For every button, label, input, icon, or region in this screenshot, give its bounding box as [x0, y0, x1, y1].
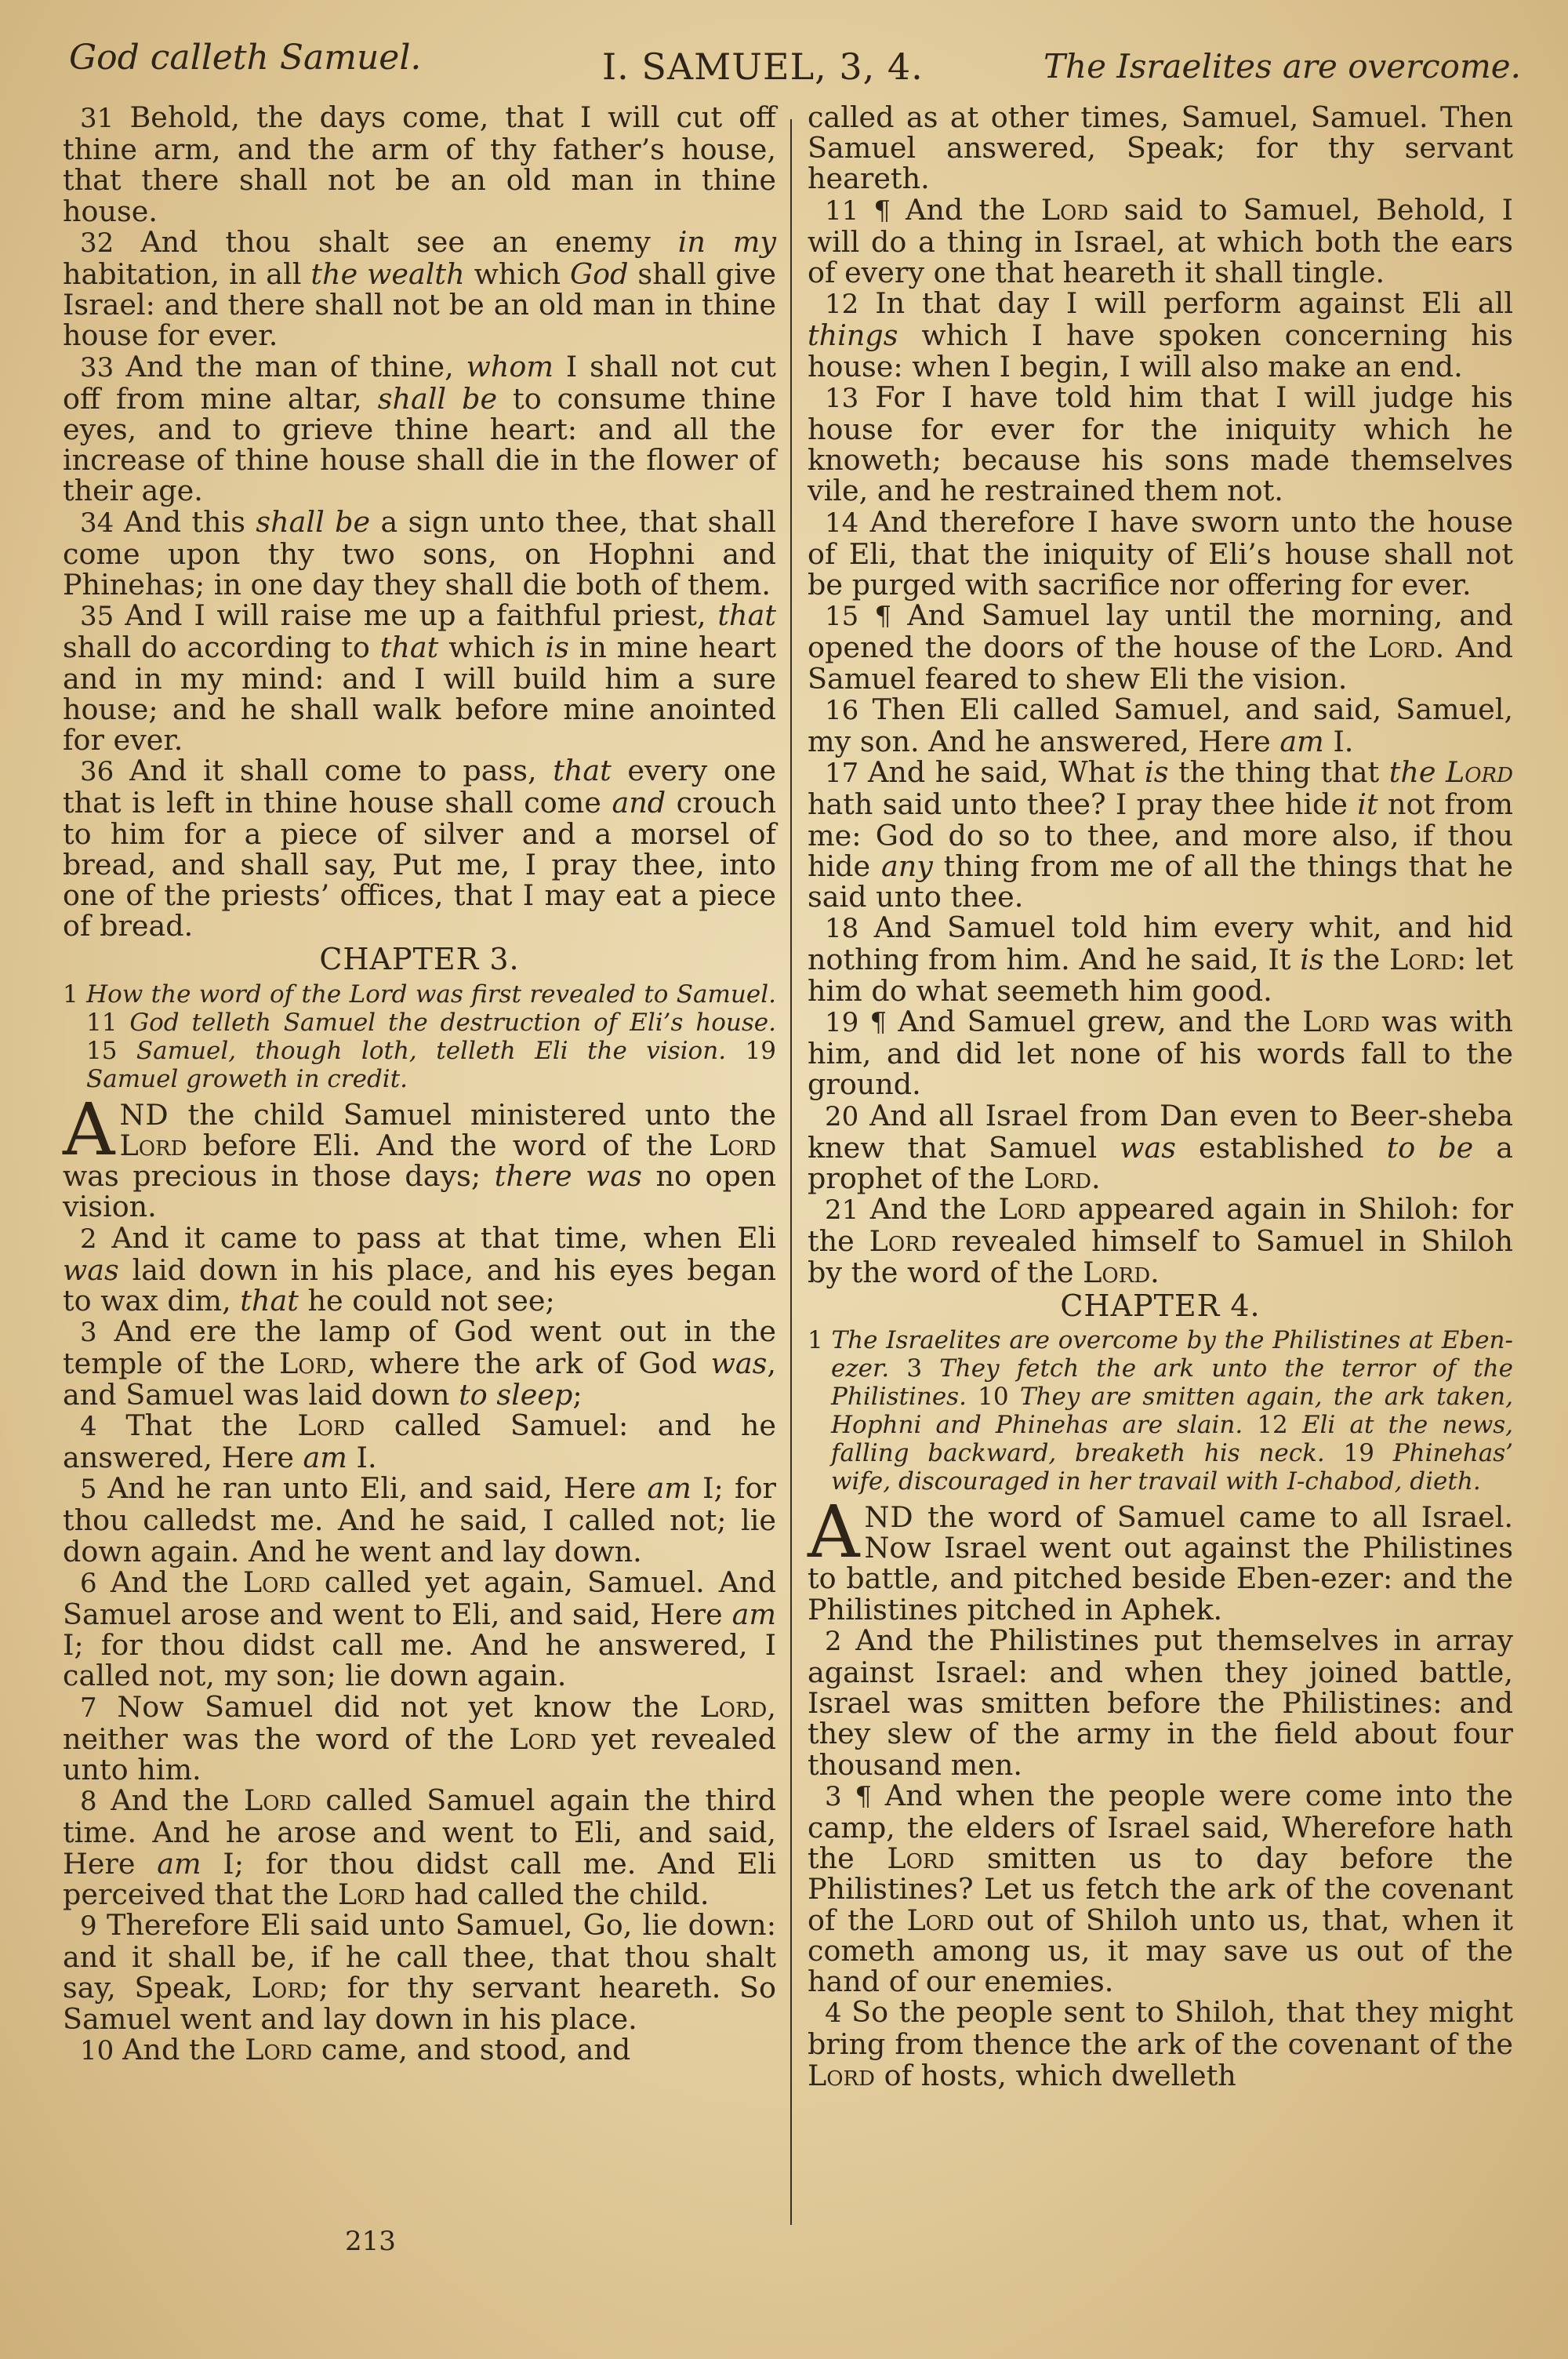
verse-number: 14 [825, 507, 870, 539]
verse-number: 19 ¶ [825, 1007, 898, 1038]
bible-page: God calleth Samuel. I. SAMUEL, 3, 4. The… [0, 0, 1568, 2359]
chapter-4-heading: CHAPTER 4. [808, 1291, 1513, 1321]
verse: 34 And this shall be a sign unto thee, t… [63, 507, 776, 601]
verse-number: 32 [80, 227, 140, 259]
verse: 16 Then Eli called Samuel, and said, Sam… [808, 694, 1513, 757]
verse: 31 Behold, the days come, that I will cu… [63, 102, 776, 227]
right-column: called as at other times, Samuel, Samuel… [808, 102, 1513, 2091]
verse: 4 That the Lord called Samuel: and he an… [63, 1410, 776, 1473]
verse: 12 In that day I will perform against El… [808, 288, 1513, 382]
verse: 2 And the Philistines put themselves in … [808, 1625, 1513, 1780]
verse-number: 33 [80, 352, 125, 383]
verse-number: 4 [80, 1411, 125, 1442]
verse: 7 Now Samuel did not yet know the Lord, … [63, 1692, 776, 1786]
verse-number: 15 ¶ [825, 601, 907, 632]
verse-number: 20 [825, 1101, 869, 1132]
chapter-3-summary: 1 How the word of the Lord was first rev… [63, 980, 776, 1093]
verse-continuation: called as at other times, Samuel, Samuel… [808, 102, 1513, 194]
verse: 3 And ere the lamp of God went out in th… [63, 1316, 776, 1410]
header-left-topic: God calleth Samuel. [69, 38, 421, 78]
verse-number: 4 [825, 1997, 851, 2029]
header-right-topic: The Israelites are overcome. [1044, 47, 1521, 85]
chapter-3-verses-continued: 11 ¶ And the Lord said to Samuel, Behold… [808, 194, 1513, 1288]
verse: 36 And it shall come to pass, that every… [63, 755, 776, 941]
verse: 33 And the man of thine, whom I shall no… [63, 351, 776, 507]
verse: 17 And he said, What is the thing that t… [808, 757, 1513, 912]
chapter-4-summary: 1 The Israelites are overcome by the Phi… [808, 1326, 1513, 1496]
verse: 8 And the Lord called Samuel again the t… [63, 1785, 776, 1910]
chapter-3-heading: CHAPTER 3. [63, 944, 776, 975]
verse-number: 21 [825, 1194, 870, 1226]
left-column: 31 Behold, the days come, that I will cu… [63, 102, 776, 2066]
verse-number: 35 [80, 601, 125, 632]
verse-number: 11 ¶ [825, 195, 906, 227]
verse: 14 And therefore I have sworn unto the h… [808, 507, 1513, 601]
column-divider [790, 119, 792, 2225]
verse: 4 So the people sent to Shiloh, that the… [808, 1997, 1513, 2091]
summary-item: Samuel groweth in credit. [86, 1065, 408, 1093]
verse-number: 5 [80, 1474, 107, 1505]
chapter-4-verses: 2 And the Philistines put themselves in … [808, 1625, 1513, 2091]
page-number: 213 [345, 2226, 396, 2257]
verse-number: 13 [825, 383, 875, 414]
verse: 20 And all Israel from Dan even to Beer-… [808, 1100, 1513, 1194]
verse-number: 17 [825, 758, 868, 789]
verse: 35 And I will raise me up a faithful pri… [63, 600, 776, 755]
verse: 15 ¶ And Samuel lay until the morning, a… [808, 600, 1513, 694]
drop-cap: A [808, 1503, 859, 1561]
verse: 13 For I have told him that I will judge… [808, 382, 1513, 507]
chapter-4-opening-verse: AND the word of Samuel came to all Israe… [808, 1502, 1513, 1625]
verse-number: 2 [825, 1626, 855, 1657]
running-header: God calleth Samuel. I. SAMUEL, 3, 4. The… [69, 31, 1521, 86]
verse: 11 ¶ And the Lord said to Samuel, Behold… [808, 194, 1513, 289]
verse-number: 3 [80, 1317, 114, 1348]
verse-number: 8 [80, 1786, 111, 1817]
verse-number: 7 [80, 1692, 117, 1724]
verse-number: 10 [80, 2035, 122, 2066]
verse: 32 And thou shalt see an enemy in my hab… [63, 227, 776, 351]
summary-item: Samuel, though loth, telleth Eli the vis… [136, 1037, 726, 1065]
verse-number: 9 [80, 1910, 107, 1942]
verse-number: 3 ¶ [825, 1781, 885, 1812]
verse: 21 And the Lord appeared again in Shiloh… [808, 1194, 1513, 1288]
verse: 18 And Samuel told him every whit, and h… [808, 912, 1513, 1006]
summary-item: God telleth Samuel the destruction of El… [129, 1009, 776, 1037]
verse: 2 And it came to pass at that time, when… [63, 1223, 776, 1317]
verse: 9 Therefore Eli said unto Samuel, Go, li… [63, 1910, 776, 2034]
verse-number: 2 [80, 1223, 111, 1255]
verse-number: 36 [80, 756, 129, 787]
verse: 19 ¶ And Samuel grew, and the Lord was w… [808, 1006, 1513, 1100]
verse: 10 And the Lord came, and stood, and [63, 2034, 776, 2066]
verse-number: 18 [825, 913, 874, 944]
summary-item: How the word of the Lord was first revea… [86, 980, 776, 1009]
chapter-3-verses: 2 And it came to pass at that time, when… [63, 1223, 776, 2066]
verse: 6 And the Lord called yet again, Samuel.… [63, 1567, 776, 1692]
verse-number: 16 [825, 695, 873, 726]
chapter-3-opening-verse: AND the child Samuel ministered unto the… [63, 1100, 776, 1223]
verse: 3 ¶ And when the people were come into t… [808, 1780, 1513, 1997]
chapter-2-verses: 31 Behold, the days come, that I will cu… [63, 102, 776, 941]
verse-number: 12 [825, 289, 875, 320]
drop-cap: A [63, 1101, 114, 1159]
verse-number: 31 [80, 103, 129, 134]
header-book-chapter: I. SAMUEL, 3, 4. [602, 45, 924, 88]
verse: 5 And he ran unto Eli, and said, Here am… [63, 1473, 776, 1567]
verse-number: 34 [80, 507, 124, 539]
verse-number: 6 [80, 1568, 111, 1599]
